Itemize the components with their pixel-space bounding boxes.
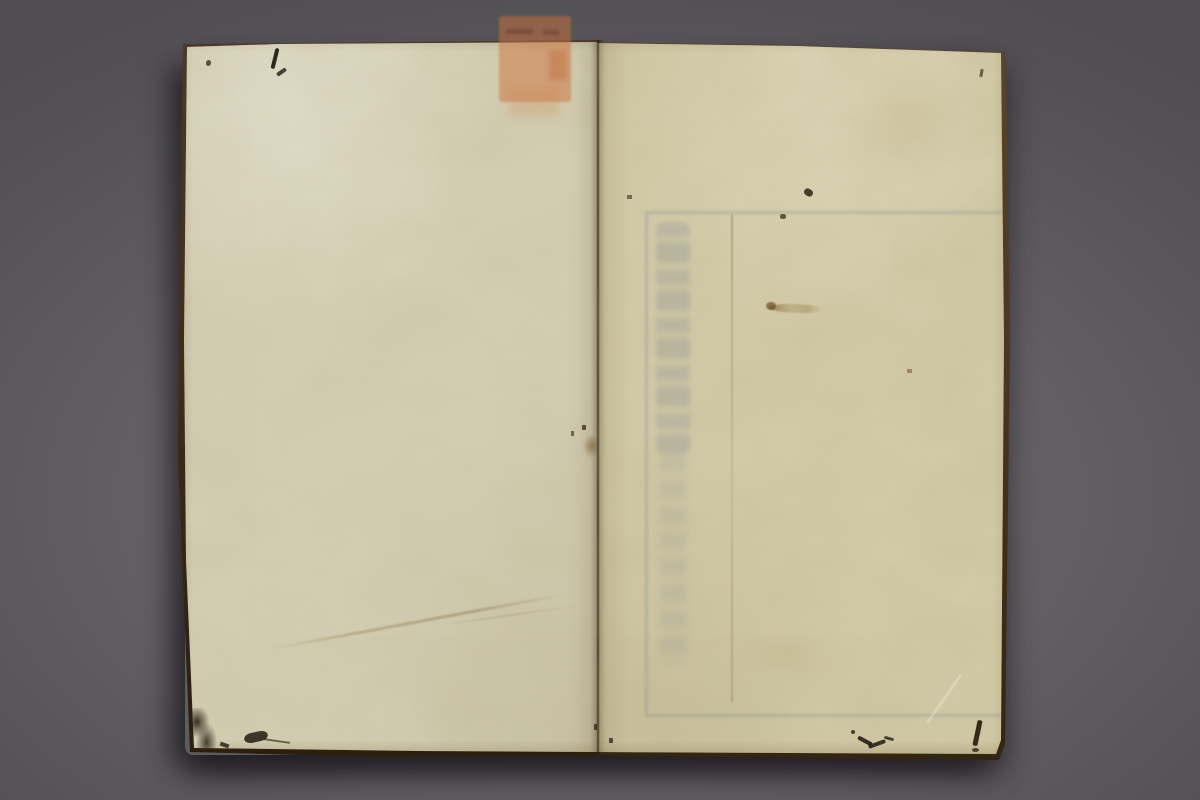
book-gutter bbox=[567, 40, 629, 754]
ink-speck bbox=[972, 748, 979, 752]
paper-stain bbox=[747, 640, 827, 674]
showthrough-frame bbox=[645, 211, 1003, 717]
ink-speck bbox=[206, 60, 211, 66]
brown-smudge-dot bbox=[766, 302, 776, 310]
ink-squiggle-top bbox=[271, 48, 280, 69]
ink-squiggle-top-hook bbox=[276, 67, 287, 77]
paper-crease bbox=[268, 593, 564, 651]
photo-of-open-book bbox=[0, 0, 1200, 800]
stamp-fade bbox=[509, 88, 559, 116]
ink-speck bbox=[851, 730, 855, 734]
ink-squiggle-corner bbox=[972, 720, 982, 746]
ink-speck bbox=[907, 369, 912, 373]
paper-stain bbox=[852, 75, 952, 155]
ink-blot-tail bbox=[264, 738, 290, 744]
stamp-mark bbox=[543, 30, 559, 35]
ink-blot-bottom bbox=[220, 742, 230, 749]
ink-squiggle-bottom bbox=[868, 739, 886, 749]
paper-crease-vertical bbox=[731, 214, 733, 702]
collection-stamp bbox=[499, 16, 571, 102]
ink-speck bbox=[803, 187, 814, 198]
showthrough-text-column-faint bbox=[659, 455, 687, 665]
stamp-mark bbox=[506, 29, 533, 34]
ink-blot-bottom bbox=[243, 730, 269, 745]
stamp-mark bbox=[549, 50, 567, 80]
showthrough-text-column bbox=[656, 222, 690, 454]
left-page-verso bbox=[180, 40, 600, 756]
ink-speck bbox=[979, 69, 983, 77]
ink-speck bbox=[780, 214, 786, 219]
right-page-recto bbox=[597, 40, 1009, 758]
